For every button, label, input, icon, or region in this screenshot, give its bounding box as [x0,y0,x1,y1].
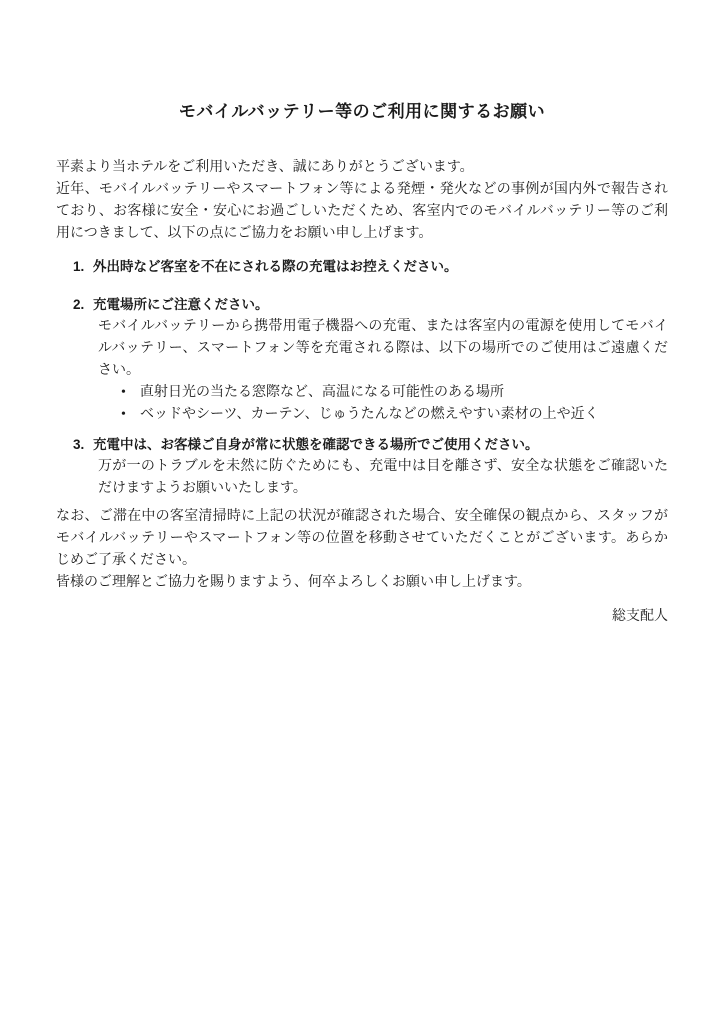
list-item-3: 3. 充電中は、お客様ご自身が常に状態を確認できる場所でご使用ください。 万が一… [73,434,668,500]
list-item-2-body: モバイルバッテリーから携帯用電子機器への充電、または客室内の電源を使用してモバイ… [98,316,668,382]
document-page: モバイルバッテリー等のご利用に関するお願い 平素より当ホテルをご利用いただき、誠… [0,0,724,1024]
list-item-3-body: 万が一のトラブルを未然に防ぐためにも、充電中は目を離さず、安全な状態をご確認いた… [98,456,668,500]
bullet-item-1-text: 直射日光の当たる窓際など、高温になる可能性のある場所 [140,382,668,404]
prohibited-locations-list: • 直射日光の当たる窓際など、高温になる可能性のある場所 • ベッドやシーツ、カ… [73,382,668,426]
bullet-item-2: • ベッドやシーツ、カーテン、じゅうたんなどの燃えやすい素材の上や近く [119,404,668,426]
request-list: 1. 外出時など客室を不在にされる際の充電はお控えください。 2. 充電場所にご… [56,256,668,500]
signature-general-manager: 総支配人 [56,606,668,628]
list-item-2-heading: 2. 充電場所にご注意ください。 [73,294,668,316]
list-item-2-number: 2. [73,294,93,316]
list-item-2-heading-text: 充電場所にご注意ください。 [93,294,668,316]
intro-line-context: 近年、モバイルバッテリーやスマートフォン等による発煙・発火などの事例が国内外で報… [56,179,668,245]
list-item-1: 1. 外出時など客室を不在にされる際の充電はお控えください。 [73,256,668,278]
bullet-item-1: • 直射日光の当たる窓際など、高温になる可能性のある場所 [119,382,668,404]
list-item-3-heading: 3. 充電中は、お客様ご自身が常に状態を確認できる場所でご使用ください。 [73,434,668,456]
list-item-3-number: 3. [73,434,93,456]
closing-notice: なお、ご滞在中の客室清掃時に上記の状況が確認された場合、安全確保の観点から、スタ… [56,506,668,572]
document-title: モバイルバッテリー等のご利用に関するお願い [0,0,724,124]
list-item-1-heading-text: 外出時など客室を不在にされる際の充電はお控えください。 [93,256,668,278]
bullet-icon: • [119,382,140,404]
closing-paragraphs: なお、ご滞在中の客室清掃時に上記の状況が確認された場合、安全確保の観点から、スタ… [56,506,668,594]
bullet-icon: • [119,404,140,426]
list-item-1-number: 1. [73,256,93,278]
intro-paragraph: 平素より当ホテルをご利用いただき、誠にありがとうございます。 近年、モバイルバッ… [56,157,668,245]
closing-thanks: 皆様のご理解とご協力を賜りますよう、何卒よろしくお願い申し上げます。 [56,572,668,594]
list-item-1-heading: 1. 外出時など客室を不在にされる際の充電はお控えください。 [73,256,668,278]
list-item-2: 2. 充電場所にご注意ください。 モバイルバッテリーから携帯用電子機器への充電、… [73,294,668,426]
intro-line-greeting: 平素より当ホテルをご利用いただき、誠にありがとうございます。 [56,157,668,179]
document-body: 平素より当ホテルをご利用いただき、誠にありがとうございます。 近年、モバイルバッ… [0,157,724,628]
bullet-item-2-text: ベッドやシーツ、カーテン、じゅうたんなどの燃えやすい素材の上や近く [140,404,668,426]
list-item-3-heading-text: 充電中は、お客様ご自身が常に状態を確認できる場所でご使用ください。 [93,434,668,456]
